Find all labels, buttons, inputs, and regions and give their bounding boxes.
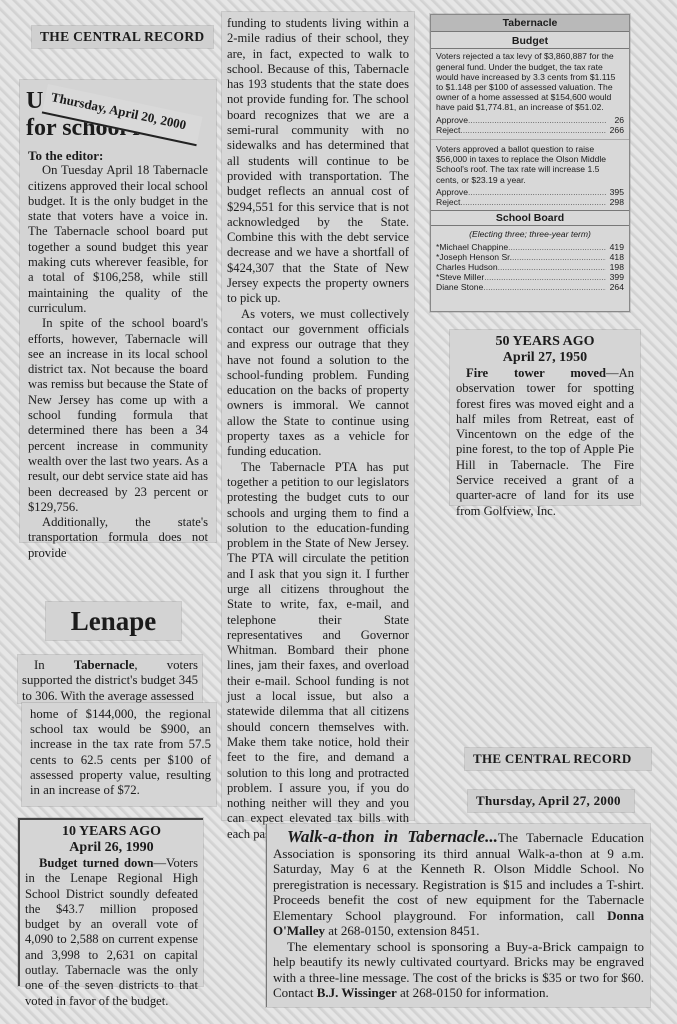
letter-clipping-col2: funding to students living within a 2-mi… — [222, 12, 414, 820]
fifty-years-ago-clipping: 50 YEARS AGO April 27, 1950 Fire tower m… — [450, 330, 640, 505]
ten-years-lead: Budget turned down — [39, 856, 153, 870]
candidate-row: *Steve Miller399 — [431, 272, 629, 282]
fifty-years-text: Fire tower moved—An observation tower fo… — [456, 366, 634, 519]
masthead-name: THE CENTRAL RECORD — [40, 29, 204, 44]
letter-clipping-col1: U for school fundi Thursday, April 20, 2… — [20, 80, 216, 542]
lenape-text-part1: In Tabernacle, voters supported the dist… — [22, 658, 198, 704]
walkathon-paragraph-1: Walk-a-thon in Tabernacle...The Tabernac… — [273, 829, 644, 939]
budget-text: Voters rejected a tax levy of $3,860,887… — [431, 49, 629, 114]
walkathon-clipping: Walk-a-thon in Tabernacle...The Tabernac… — [266, 824, 650, 1007]
letter-paragraph: The Tabernacle PTA has put together a pe… — [227, 460, 409, 842]
budget-heading: Budget — [431, 34, 629, 49]
fifty-years-lead: Fire tower moved — [466, 366, 606, 380]
candidate-row: *Michael Chappine419 — [431, 242, 629, 252]
masthead-top: THE CENTRAL RECORD — [32, 26, 213, 48]
candidate-row: *Joseph Henson Sr.418 — [431, 252, 629, 262]
ballot-text: Voters approved a ballot question to rai… — [431, 139, 629, 187]
letter-salutation: To the editor: — [28, 148, 208, 163]
election-results-box: Tabernacle Budget Voters rejected a tax … — [430, 14, 630, 312]
walkathon-contact-2: B.J. Wissinger — [317, 985, 397, 1000]
budget-vote-reject: Reject266 — [431, 125, 629, 135]
lenape-clip-part2: home of $144,000, the regional school ta… — [22, 703, 216, 806]
masthead-bottom: THE CENTRAL RECORD — [465, 748, 651, 770]
letter-paragraph: As voters, we must collectively contact … — [227, 307, 409, 460]
letter-paragraph: In spite of the school board's efforts, … — [28, 316, 208, 515]
masthead-bottom-date: Thursday, April 27, 2000 — [468, 790, 634, 812]
ten-years-title: 10 YEARS AGO — [25, 824, 198, 840]
candidate-row: Charles Hudson198 — [431, 262, 629, 272]
fifty-years-title: 50 YEARS AGO — [456, 334, 634, 350]
ballot-vote-reject: Reject298 — [431, 197, 629, 207]
ballot-vote-approve: Approve395 — [431, 187, 629, 197]
letter-paragraph: Additionally, the state's transportation… — [28, 515, 208, 561]
results-town: Tabernacle — [431, 15, 629, 32]
walkathon-paragraph-2: The elementary school is sponsoring a Bu… — [273, 939, 644, 1001]
letter-paragraph: On Tuesday April 18 Tabernacle citizens … — [28, 163, 208, 316]
walkathon-title: Walk-a-thon in Tabernacle... — [287, 827, 498, 846]
fifty-years-date: April 27, 1950 — [456, 350, 634, 366]
masthead-bottom-date-text: Thursday, April 27, 2000 — [476, 793, 621, 808]
lenape-title: Lenape — [46, 602, 181, 640]
ten-years-text: Budget turned down—Voters in the Lenape … — [25, 856, 198, 1009]
board-subheading: (Electing three; three-year term) — [431, 226, 629, 241]
board-heading: School Board — [431, 210, 629, 226]
candidate-row: Diane Stone264 — [431, 282, 629, 292]
masthead-bottom-name: THE CENTRAL RECORD — [473, 751, 632, 766]
lenape-clip-part1: In Tabernacle, voters supported the dist… — [18, 655, 202, 703]
lenape-title-clip: Lenape — [46, 602, 181, 640]
lenape-text-part2: home of $144,000, the regional school ta… — [30, 707, 211, 798]
ten-years-date: April 26, 1990 — [25, 840, 198, 856]
letter-paragraph: funding to students living within a 2-mi… — [227, 16, 409, 307]
budget-vote-approve: Approve26 — [431, 115, 629, 125]
ten-years-ago-clipping: 10 YEARS AGO April 26, 1990 Budget turne… — [18, 818, 203, 986]
